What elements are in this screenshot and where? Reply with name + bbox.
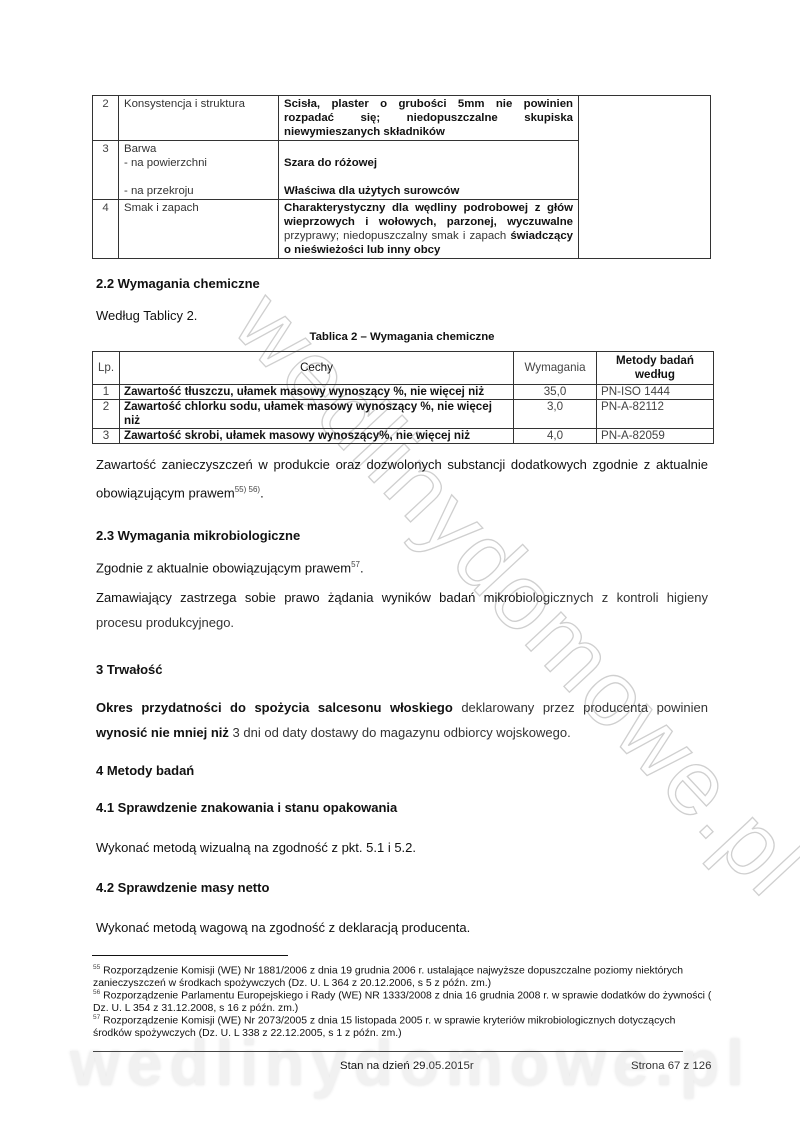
table-row: 2 Konsystencja i struktura Scisła, plast… [93, 96, 711, 141]
feature-name: Smak i zapach [119, 200, 279, 259]
footnote-number: 56 [93, 989, 100, 996]
section-heading: 4 Metody badań [96, 763, 708, 778]
organoleptic-table: 2 Konsystencja i struktura Scisła, plast… [92, 95, 711, 259]
footnote-text: Rozporządzenie Komisji (WE) Nr 1881/2006… [93, 965, 683, 989]
empty-merged-cell [579, 96, 711, 259]
header-cechy: Cechy [120, 352, 514, 385]
section-paragraph: Okres przydatności do spożycia salcesonu… [96, 695, 708, 745]
subsection-text: Wykonać metodą wagową na zgodność z dekl… [96, 920, 708, 935]
cell-metody: PN-A-82112 [597, 400, 714, 429]
text: Zgodnie z aktualnie obowiązującym prawem [96, 560, 351, 575]
footnote: 57 Rozporządzenie Komisji (WE) Nr 2073/2… [93, 1012, 713, 1041]
footnote-ref[interactable]: 57 [351, 560, 360, 569]
subsection-heading: 4.2 Sprawdzenie masy netto [96, 880, 708, 895]
header-lp: Lp. [93, 352, 120, 385]
section-text: Zgodnie z aktualnie obowiązującym prawem… [96, 560, 708, 575]
header-metody: Metody badań według [597, 352, 714, 385]
section-intro: Według Tablicy 2. [96, 308, 708, 323]
feature-name: Barwa - na powierzchni - na przekroju [119, 141, 279, 200]
table-row: 1 Zawartość tłuszczu, ułamek masowy wyno… [93, 385, 714, 400]
table-row: 2 Zawartość chlorku sodu, ułamek masowy … [93, 400, 714, 429]
chemical-requirements-table: Lp. Cechy Wymagania Metody badań według … [92, 351, 714, 444]
feature-value: Scisła, plaster o grubości 5mm nie powin… [279, 96, 579, 141]
text-normal: deklarowany przez producenta powinien [453, 700, 708, 715]
section-heading: 2.2 Wymagania chemiczne [96, 276, 708, 291]
cell-metody: PN-A-82059 [597, 429, 714, 444]
feature-value: Charakterystyczny dla wędliny podrobowej… [279, 200, 579, 259]
cell-lp: 1 [93, 385, 120, 400]
paragraph-end: . [260, 485, 264, 500]
row-number: 4 [93, 200, 119, 259]
section-heading: 2.3 Wymagania mikrobiologiczne [96, 528, 708, 543]
text-bold: wynosić nie mniej niż [96, 725, 229, 740]
footnote-number: 57 [93, 1014, 100, 1021]
section-paragraph: Zamawiający zastrzega sobie prawo żądani… [96, 585, 708, 635]
cell-lp: 3 [93, 429, 120, 444]
row-number: 2 [93, 96, 119, 141]
text-bold: Okres przydatności do spożycia salcesonu… [96, 700, 453, 715]
cell-cechy: Zawartość skrobi, ułamek masowy wynosząc… [120, 429, 514, 444]
header-metody-line2: według [601, 368, 709, 382]
cell-cechy: Zawartość tłuszczu, ułamek masowy wynosz… [120, 385, 514, 400]
cell-wymagania: 4,0 [514, 429, 597, 444]
paragraph-text: Zawartość zanieczyszczeń w produkcie ora… [96, 457, 708, 500]
cell-metody: PN-ISO 1444 [597, 385, 714, 400]
row-number: 3 [93, 141, 119, 200]
footer-page-number: Strona 67 z 126 [631, 1060, 711, 1072]
header-metody-line1: Metody badań [601, 354, 709, 368]
footer-date-label: Stan na dzień 29 [340, 1060, 426, 1072]
table-row: 3 Zawartość skrobi, ułamek masowy wynosz… [93, 429, 714, 444]
footnote-separator [92, 955, 288, 956]
contaminants-paragraph: Zawartość zanieczyszczeń w produkcie ora… [96, 452, 708, 505]
feature-sub-value: Właściwa dla użytych surowców [284, 184, 573, 198]
subsection-heading: 4.1 Sprawdzenie znakowania i stanu opako… [96, 800, 708, 815]
footer-date-rest: .05.2015r [426, 1060, 474, 1072]
footnote-text: Rozporządzenie Parlamentu Europejskiego … [93, 990, 711, 1014]
footnote-ref[interactable]: 55) 56) [235, 485, 260, 494]
cell-cechy: Zawartość chlorku sodu, ułamek masowy wy… [120, 400, 514, 429]
section-heading: 3 Trwałość [96, 662, 708, 677]
text-normal: 3 dni od daty dostawy do magazynu odbior… [229, 725, 571, 740]
feature-sub-label: - na powierzchni [124, 156, 273, 170]
value-bold: Charakterystyczny dla wędliny podrobowej… [284, 202, 573, 228]
cell-wymagania: 3,0 [514, 400, 597, 429]
footnote-number: 55 [93, 964, 100, 971]
text-end: . [360, 560, 364, 575]
footnote-text: Rozporządzenie Komisji (WE) Nr 2073/2005… [93, 1015, 675, 1039]
footer-date: Stan na dzień 29.05.2015r [340, 1060, 474, 1072]
table-caption: Tablica 2 – Wymagania chemiczne [92, 331, 712, 343]
feature-sub-label: - na przekroju [124, 184, 273, 198]
text-bold: Zamawiający zastrzega sobie prawo żądani… [96, 590, 526, 605]
cell-lp: 2 [93, 400, 120, 429]
footer-separator [93, 1051, 683, 1052]
feature-sub-value: Szara do różowej [284, 156, 573, 170]
feature-name: Konsystencja i struktura [119, 96, 279, 141]
table-header-row: Lp. Cechy Wymagania Metody badań według [93, 352, 714, 385]
feature-value: Szara do różowej Właściwa dla użytych su… [279, 141, 579, 200]
subsection-text: Wykonać metodą wizualną na zgodność z pk… [96, 840, 708, 855]
cell-wymagania: 35,0 [514, 385, 597, 400]
value-normal: przyprawy; niedopuszczalny smak i zapach [284, 230, 506, 242]
header-wymagania: Wymagania [514, 352, 597, 385]
feature-title: Barwa [124, 142, 273, 156]
